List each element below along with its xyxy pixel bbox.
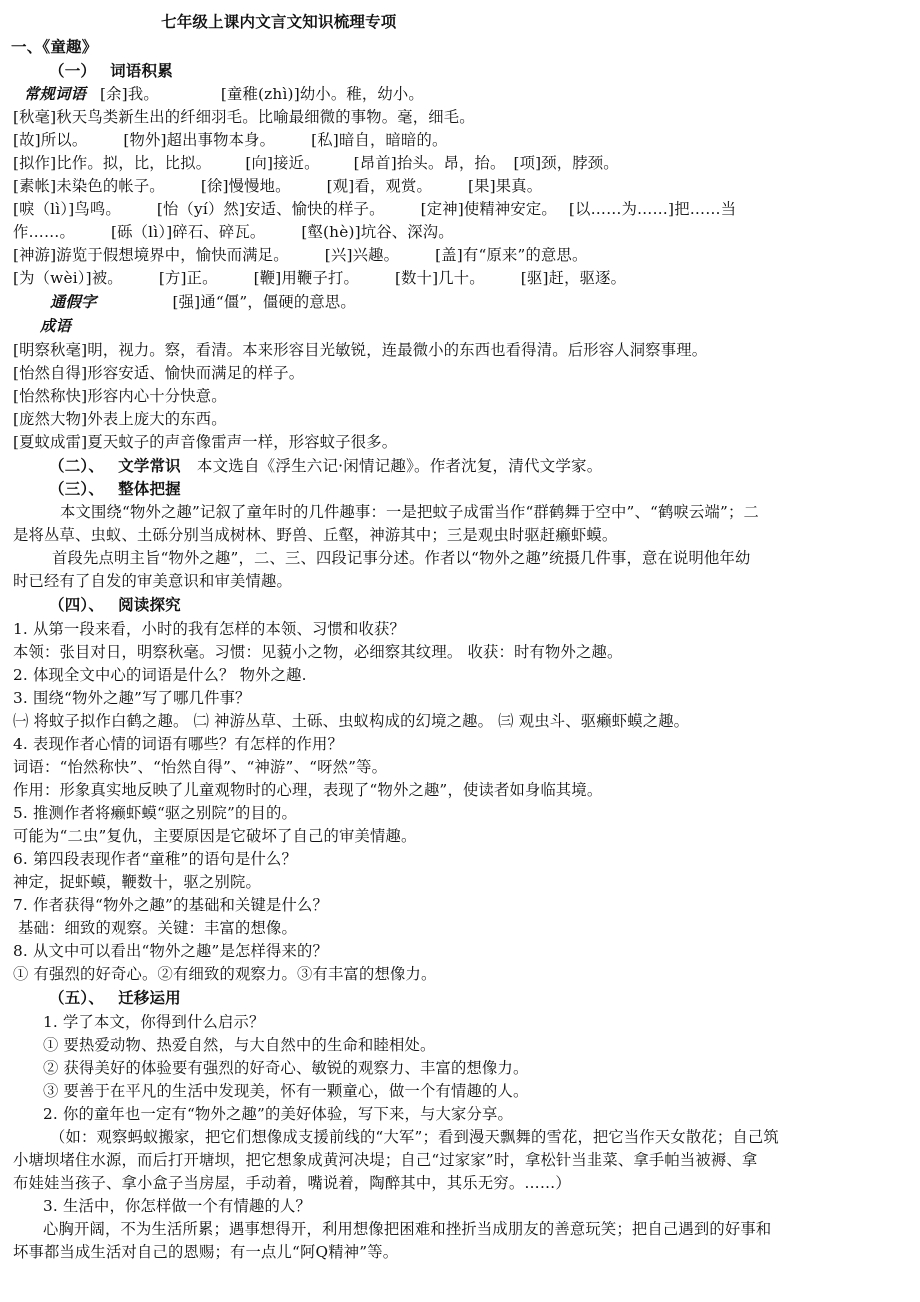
vocab-entry: [方]正。 bbox=[159, 269, 218, 287]
vocab-entry: [怡（yí）然]安适、愉快的样子。 bbox=[157, 200, 385, 218]
idiom-item: [怡然自得]形容安适、愉快而满足的样子。 bbox=[13, 363, 304, 383]
reading-question: 8. 从文中可以看出“物外之趣”是怎样得来的？ bbox=[13, 941, 328, 961]
reading-answer: ㈠ 将蚊子拟作白鹤之趣。 ㈡ 神游丛草、土砾、虫蚁构成的幻境之趣。 ㈢ 观虫斗、… bbox=[13, 711, 689, 731]
idiom-item: [怡然称快]形容内心十分快意。 bbox=[13, 386, 227, 406]
vocab-entry: [余]我。 bbox=[100, 85, 159, 103]
reading-answer: 可能为“二虫”复仇，主要原因是它破坏了自己的审美情趣。 bbox=[13, 826, 416, 846]
section-number: （四）、 bbox=[49, 596, 104, 614]
application-answer-line: 坏事都当成生活对自己的恩赐；有一点儿“阿Q精神”等。 bbox=[13, 1242, 398, 1262]
vocab-entry: [徐]慢慢地。 bbox=[201, 177, 291, 195]
vocab-entry: [项]颈，脖颈。 bbox=[513, 154, 618, 172]
reading-question: 3. 围绕“物外之趣”写了哪几件事？ bbox=[13, 688, 251, 708]
vocab-entry: [盖]有“原来”的意思。 bbox=[435, 246, 587, 264]
vocab-line-7: 作……。[砾（lì）]碎石、碎瓦。[壑(hè)]坑谷、深沟。 bbox=[13, 222, 454, 242]
document-page: 七年级上课内文言文知识梳理专项 一、《童趣》 （一）词语积累 常规词语[余]我。… bbox=[0, 0, 920, 1302]
vocab-line-5: [素帐]未染色的帐子。[徐]慢慢地。[观]看，观赏。[果]果真。 bbox=[13, 176, 542, 196]
reading-question: 5. 推测作者将癞虾蟆“驱之别院”的目的。 bbox=[13, 803, 297, 823]
vocab-entry: [物外]超出事物本身。 bbox=[123, 131, 275, 149]
overview-para-2-line-2: 时已经有了自发的审美意识和审美情趣。 bbox=[13, 571, 292, 591]
vocab-entry: [壑(hè)]坑谷、深沟。 bbox=[301, 223, 453, 241]
vocab-entry: [以……为……]把……当 bbox=[569, 200, 736, 218]
section-heading-vocab: （一）词语积累 bbox=[49, 61, 173, 81]
vocab-line-1: 常规词语[余]我。[童稚(zhì)]幼小。稚，幼小。 bbox=[24, 84, 424, 104]
overview-para-2-line-1: 首段先点明主旨“物外之趣”，二、三、四段记事分述。作者以“物外之趣”统摄几件事，… bbox=[52, 548, 750, 568]
application-answer: ② 获得美好的体验要有强烈的好奇心、敏锐的观察力、丰富的想像力。 bbox=[43, 1058, 528, 1078]
vocab-entry: [素帐]未染色的帐子。 bbox=[13, 177, 165, 195]
vocab-line-2: [秋毫]秋天鸟类新生出的纤细羽毛。比喻最细微的事物。毫，细毛。 bbox=[13, 107, 475, 127]
common-words-label: 常规词语 bbox=[24, 85, 86, 103]
vocab-line-4: [拟作]比作。拟，比，比拟。[向]接近。[昂首]抬头。昂，抬。[项]颈，脖颈。 bbox=[13, 153, 619, 173]
idioms-label: 成语 bbox=[40, 316, 71, 336]
vocab-entry: [向]接近。 bbox=[245, 154, 319, 172]
literature-note: 本文选自《浮生六记·闲情记趣》。作者沈复，清代文学家。 bbox=[197, 457, 603, 475]
idiom-item: [夏蚊成雷]夏天蚊子的声音像雷声一样，形容蚊子很多。 bbox=[13, 432, 397, 452]
section-title: 文学常识 bbox=[118, 457, 181, 475]
reading-answer: 本领：张目对日，明察秋毫。习惯：见藐小之物，必细察其纹理。 收获：时有物外之趣。 bbox=[13, 642, 622, 662]
section-title: 词语积累 bbox=[110, 62, 173, 80]
reading-question: 2. 体现全文中心的词语是什么？ 物外之趣. bbox=[13, 665, 307, 685]
reading-question: 1. 从第一段来看，小时的我有怎样的本领、习惯和收获？ bbox=[13, 619, 405, 639]
reading-answer: 作用：形象真实地反映了儿童观物时的心理，表现了“物外之趣”，使读者如身临其境。 bbox=[13, 780, 602, 800]
vocab-entry: [驱]赶，驱逐。 bbox=[521, 269, 626, 287]
vocab-entry: [童稚(zhì)]幼小。稚，幼小。 bbox=[221, 85, 424, 103]
vocab-entry: [数十]几十。 bbox=[395, 269, 485, 287]
vocab-line-6: [唳（lì）]鸟鸣。[怡（yí）然]安适、愉快的样子。[定神]使精神安定。[以…… bbox=[13, 199, 736, 219]
vocab-entry: [鞭]用鞭子打。 bbox=[254, 269, 359, 287]
vocab-entry: [兴]兴趣。 bbox=[325, 246, 399, 264]
application-example-line: （如：观察蚂蚁搬家，把它们想像成支援前线的“大军”；看到漫天飘舞的雪花，把它当作… bbox=[50, 1127, 779, 1147]
section-heading-reading: （四）、阅读探究 bbox=[49, 595, 181, 615]
vocab-entry: [昂首]抬头。昂，抬。 bbox=[354, 154, 506, 172]
vocab-line-8: [神游]游览于假想境界中，愉快而满足。[兴]兴趣。[盖]有“原来”的意思。 bbox=[13, 245, 587, 265]
reading-question: 6. 第四段表现作者“童稚”的语句是什么？ bbox=[13, 849, 297, 869]
overview-para-1-line-1: 本文围绕“物外之趣”记叙了童年时的几件趣事：一是把蚊子成雷当作“群鹤舞于空中”、… bbox=[60, 502, 759, 522]
vocab-entry: [唳（lì）]鸟鸣。 bbox=[13, 200, 121, 218]
vocab-entry: [砾（lì）]碎石、碎瓦。 bbox=[111, 223, 265, 241]
idiom-item: [明察秋毫]明，视力。察，看清。本来形容目光敏锐，连最微小的东西也看得清。后形容… bbox=[13, 340, 707, 360]
section-title: 阅读探究 bbox=[118, 596, 181, 614]
section-heading-literature: （二）、文学常识本文选自《浮生六记·闲情记趣》。作者沈复，清代文学家。 bbox=[49, 456, 602, 476]
reading-question: 4. 表现作者心情的词语有哪些？有怎样的作用？ bbox=[13, 734, 343, 754]
application-answer-line: 心胸开阔，不为生活所累；遇事想得开，利用想像把困难和挫折当成朋友的善意玩笑；把自… bbox=[43, 1219, 771, 1239]
reading-answer: ① 有强烈的好奇心。②有细致的观察力。③有丰富的想像力。 bbox=[13, 964, 436, 984]
section-number: （二）、 bbox=[49, 457, 104, 475]
application-example-line: 小塘坝堵住水源，而后打开塘坝，把它想象成黄河决堤；自己“过家家”时，拿松针当韭菜… bbox=[13, 1150, 757, 1170]
section-heading-application: （五）、迁移运用 bbox=[49, 988, 181, 1008]
section-number: （三）、 bbox=[49, 480, 104, 498]
section-title: 迁移运用 bbox=[118, 989, 181, 1007]
application-example-line: 布娃娃当孩子、拿小盒子当房屋，手动着，嘴说着，陶醉其中，其乐无穷。……） bbox=[13, 1173, 571, 1193]
vocab-entry: [秋毫]秋天鸟类新生出的纤细羽毛。比喻最细微的事物。毫，细毛。 bbox=[13, 108, 475, 126]
vocab-line-3: [故]所以。[物外]超出事物本身。[私]暗自，暗暗的。 bbox=[13, 130, 447, 150]
section-number: （一） bbox=[49, 62, 96, 80]
vocab-entry: [神游]游览于假想境界中，愉快而满足。 bbox=[13, 246, 289, 264]
tongjia-line: 通假字[强]通“僵”，僵硬的意思。 bbox=[50, 292, 356, 312]
lesson-heading: 一、《童趣》 bbox=[11, 37, 97, 57]
application-question: 2. 你的童年也一定有“物外之趣”的美好体验，写下来，与大家分享。 bbox=[43, 1104, 513, 1124]
application-question: 3. 生活中，你怎样做一个有情趣的人？ bbox=[43, 1196, 311, 1216]
tongjia-entry: [强]通“僵”，僵硬的意思。 bbox=[173, 293, 356, 311]
reading-answer: 神定，捉虾蟆，鞭数十，驱之别院。 bbox=[13, 872, 261, 892]
vocab-entry: [私]暗自，暗暗的。 bbox=[311, 131, 447, 149]
overview-para-1-line-2: 是将丛草、虫蚁、土砾分别当成树林、野兽、丘壑，神游其中；三是观虫时驱赶癞虾蟆。 bbox=[13, 525, 617, 545]
reading-answer: 基础：细致的观察。关键：丰富的想像。 bbox=[18, 918, 297, 938]
vocab-entry: 作……。 bbox=[13, 223, 75, 241]
reading-answer: 词语：“怡然称快”、“怡然自得”、“神游”、“呀然”等。 bbox=[13, 757, 387, 777]
reading-question: 7. 作者获得“物外之趣”的基础和关键是什么？ bbox=[13, 895, 328, 915]
vocab-entry: [拟作]比作。拟，比，比拟。 bbox=[13, 154, 211, 172]
vocab-entry: [故]所以。 bbox=[13, 131, 87, 149]
section-title: 整体把握 bbox=[118, 480, 181, 498]
section-heading-overview: （三）、整体把握 bbox=[49, 479, 181, 499]
tongjia-label: 通假字 bbox=[50, 293, 97, 311]
application-question: 1. 学了本文，你得到什么启示？ bbox=[43, 1012, 265, 1032]
section-number: （五）、 bbox=[49, 989, 104, 1007]
application-answer: ③ 要善于在平凡的生活中发现美，怀有一颗童心，做一个有情趣的人。 bbox=[43, 1081, 528, 1101]
vocab-entry: [定神]使精神安定。 bbox=[421, 200, 557, 218]
vocab-entry: [为（wèi）]被。 bbox=[13, 269, 123, 287]
document-title: 七年级上课内文言文知识梳理专项 bbox=[161, 12, 397, 32]
idiom-item: [庞然大物]外表上庞大的东西。 bbox=[13, 409, 227, 429]
vocab-line-9: [为（wèi）]被。[方]正。[鞭]用鞭子打。[数十]几十。[驱]赶，驱逐。 bbox=[13, 268, 626, 288]
application-answer: ① 要热爱动物、热爱自然，与大自然中的生命和睦相处。 bbox=[43, 1035, 436, 1055]
vocab-entry: [果]果真。 bbox=[468, 177, 542, 195]
vocab-entry: [观]看，观赏。 bbox=[327, 177, 432, 195]
